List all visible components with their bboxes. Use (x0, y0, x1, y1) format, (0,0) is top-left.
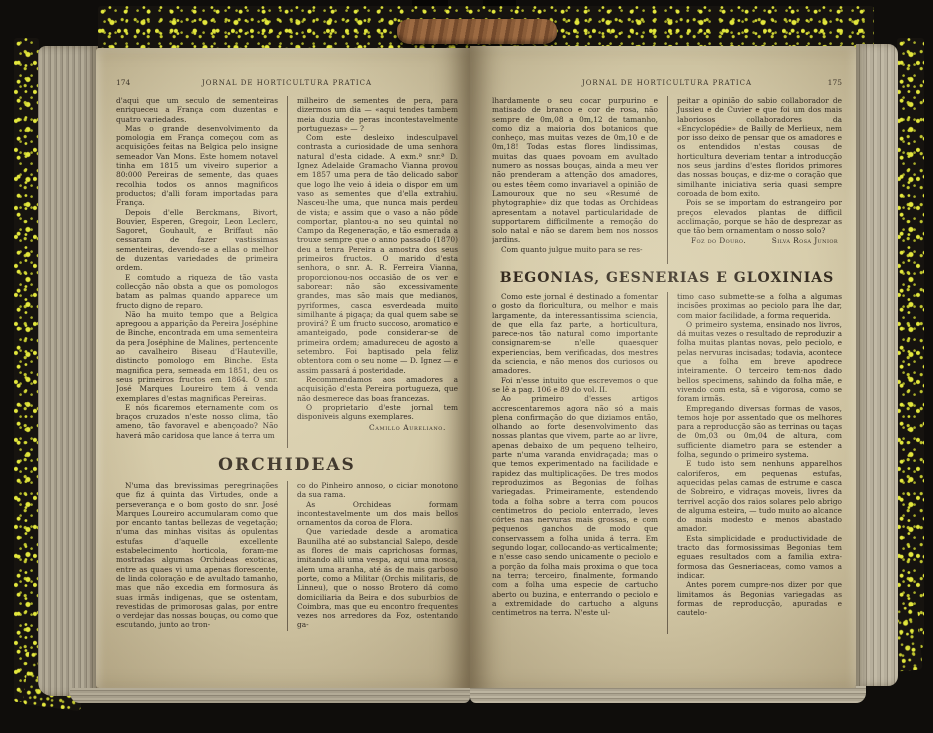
paragraph: Ao primeiro d'esses artigos accrescentar… (492, 394, 658, 617)
paragraph: Pois se se importam do estrangeiro por p… (677, 198, 842, 235)
upper-section: d'aqui que um seculo de sementeiras enri… (116, 96, 458, 448)
paragraph: co do Pinheiro annoso, o ciciar monotono… (297, 481, 458, 500)
paragraph: d'aqui que um seculo de sementeiras enri… (116, 96, 278, 124)
running-head: JORNAL DE HORTICULTURA PRATICA 175 (492, 78, 842, 87)
paragraph: peitar a opinião do sabio collaborador d… (677, 96, 842, 198)
paragraph: Mas o grande desenvolvimento da pomologi… (116, 124, 278, 208)
paragraph: Com quanto julgue muito para se res- (492, 245, 658, 254)
lower-section: N'uma das brevissimas peregrinações que … (116, 481, 458, 631)
text-column: N'uma das brevissimas peregrinações que … (116, 481, 287, 631)
lower-section: Como este jornal é destinado a fomentar … (492, 292, 842, 634)
text-column: co do Pinheiro annoso, o ciciar monotono… (287, 481, 458, 631)
page-number: 174 (116, 78, 202, 87)
paragraph: N'uma das brevissimas peregrinações que … (116, 481, 278, 630)
marbled-cover-right-edge (897, 38, 924, 648)
journal-title: JORNAL DE HORTICULTURA PRATICA (202, 79, 372, 87)
paragraph: E nós ficaremos eternamente com os braço… (116, 403, 278, 440)
book-headband (397, 19, 557, 44)
paragraph: Esta simplicidade e productividade de tr… (677, 534, 842, 580)
signature-name: Silva Rosa Junior (772, 236, 838, 245)
paragraph: O proprietario d'este jornal tem disponi… (297, 403, 458, 422)
paragraph: Recommendamos aos amadores a acquisição … (297, 375, 458, 403)
marbled-cover-left-edge (14, 38, 39, 702)
page-edge-stack-left (38, 46, 98, 696)
paragraph: Foi n'esse intuito que escrevemos o que … (492, 376, 658, 395)
journal-title: JORNAL DE HORTICULTURA PRATICA (582, 79, 752, 87)
paragraph: E comtudo a riqueza de tão vasta collecç… (116, 273, 278, 310)
paragraph: milheiro de sementes de pera, para dizer… (297, 96, 458, 133)
page-edge-stack-right (856, 44, 898, 686)
text-column: milheiro de sementes de pera, para dizer… (287, 96, 458, 448)
paragraph: Depois d'elle Berckmans, Bivort, Bouvier… (116, 208, 278, 273)
paragraph: Não ha muito tempo que a Belgica apregoo… (116, 310, 278, 403)
article-heading: ORCHIDEAS (116, 448, 458, 481)
paragraph: Com este desleixo indesculpavel contrast… (297, 133, 458, 375)
paragraph: Que variedade desde a aromatica Baunilha… (297, 527, 458, 629)
paragraph: As Orchideas formam incontestavelmente u… (297, 500, 458, 528)
paragraph: E tudo isto sem nenhuns apparelhos calor… (677, 459, 842, 533)
text-column: peitar a opinião do sabio collaborador d… (667, 96, 842, 264)
author-signature: Camillo Aureliano. (297, 423, 458, 432)
paragraph: lhardamente o seu cocar purpurino e mati… (492, 96, 658, 245)
paragraph: Como este jornal é destinado a fomentar … (492, 292, 658, 376)
text-column: d'aqui que um seculo de sementeiras enri… (116, 96, 287, 448)
running-head: 174 JORNAL DE HORTICULTURA PRATICA (116, 78, 458, 87)
article-heading: BEGONIAS, GESNERIAS E GLOXINIAS (492, 264, 842, 292)
upper-section: lhardamente o seu cocar purpurino e mati… (492, 96, 842, 264)
paragraph: Antes porem cumpre-nos dizer por que lim… (677, 580, 842, 617)
page-number: 175 (752, 78, 842, 87)
page-edge-stack-bottom-left (70, 688, 470, 703)
paragraph: Empregando diversas formas de vasos, tem… (677, 404, 842, 460)
signature-place: Foz do Douro. (691, 236, 746, 245)
left-page: 174 JORNAL DE HORTICULTURA PRATICA d'aqu… (96, 48, 470, 688)
text-column: timo caso submette-se a folha a algumas … (667, 292, 842, 634)
text-column: lhardamente o seu cocar purpurino e mati… (492, 96, 667, 264)
paragraph: O primeiro systema, ensinado nos livros,… (677, 320, 842, 404)
paragraph: timo caso submette-se a folha a algumas … (677, 292, 842, 320)
right-page: JORNAL DE HORTICULTURA PRATICA 175 lhard… (470, 46, 856, 688)
text-column: Como este jornal é destinado a fomentar … (492, 292, 667, 634)
page-edge-stack-bottom-right (470, 686, 866, 703)
author-signature: Foz do Douro. Silva Rosa Junior (677, 235, 842, 245)
